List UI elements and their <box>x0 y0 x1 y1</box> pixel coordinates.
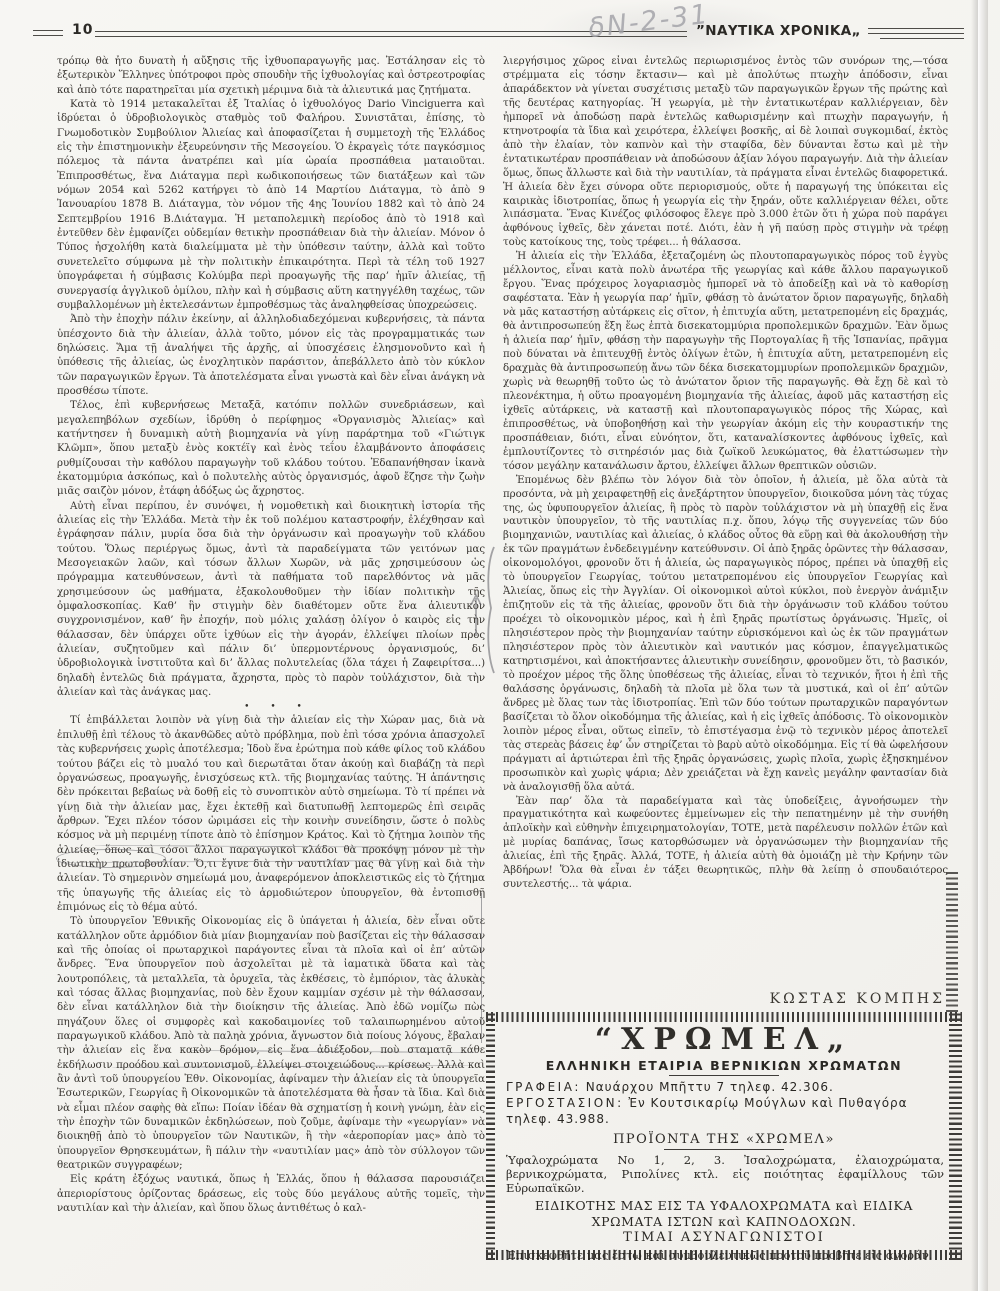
paragraph: Ἀπὸ τὴν ἐποχὴν πάλιν ἐκείνην, αἱ ἀλληλοδ… <box>57 313 485 399</box>
page-number: 10 <box>72 22 93 38</box>
section-separator: • • • <box>57 700 485 714</box>
ad-subtitle-rule <box>669 1075 779 1076</box>
author-signature: ΚΩΣΤΑΣ ΚΟΜΠΗΣ <box>503 991 945 1007</box>
ad-products-heading: ΠΡΟΪΟΝΤΑ ΤΗΣ «ΧΡΩΜΕΛ» <box>500 1131 948 1148</box>
header-rule-right <box>868 28 964 34</box>
header-rule-left <box>33 30 63 36</box>
page-edge-shadow <box>971 0 978 1291</box>
pencil-margin-brace <box>483 545 497 675</box>
margin-hatch-marks <box>946 872 958 1012</box>
header-rule-right-2 <box>880 38 964 43</box>
ad-prices-line: ΤΙΜΑΙ ΑΣΥΝΑΓΩΝΙΣΤΟΙ <box>500 1230 948 1246</box>
ad-border-right <box>949 1012 962 1260</box>
ad-offices-line: ΓΡΑΦΕΙΑ: Ναυάρχου Μπῆττυ 7 τηλεφ. 42.306… <box>500 1079 948 1095</box>
paragraph: Τέλος, ἐπὶ κυβερνήσεως Μεταξᾶ, κατόπιν π… <box>57 399 485 499</box>
page-edge <box>978 0 988 1291</box>
paragraph: Εἰς κράτη ἐξόχως ναυτικά, ὅπως ἡ Ἑλλάς, … <box>57 1173 485 1216</box>
ad-heading-rule <box>664 1149 784 1150</box>
paragraph: Κατὰ τὸ 1914 μετακαλεῖται ἐξ Ἰταλίας ὁ ἰ… <box>57 98 485 313</box>
paragraph: Ἑπομένως δὲν βλέπω τὸν λόγον διὰ τὸν ὁπο… <box>503 474 948 795</box>
ad-factory-line: ΕΡΓΟΣΤΑΣΙΟΝ: Ἐν Κουτσικαρίῳ Μούγλων καὶ … <box>500 1095 948 1127</box>
ad-offices-value: Ναυάρχου Μπῆττυ 7 τηλεφ. 42.306. <box>586 1080 834 1094</box>
ad-factory-label: ΕΡΓΟΣΤΑΣΙΟΝ: <box>506 1096 624 1110</box>
paragraph: Τί ἐπιβάλλεται λοιπὸν νὰ γίνῃ διὰ τὴν ἁλ… <box>57 714 485 915</box>
ad-content: “ΧΡΩΜΕΛ„ ΕΛΛΗΝΙΚΗ ΕΤΑΙΡΙΑ ΒΕΡΝΙΚΙΩΝ ΧΡΩΜ… <box>500 1022 948 1250</box>
chromel-advertisement: “ΧΡΩΜΕΛ„ ΕΛΛΗΝΙΚΗ ΕΤΑΙΡΙΑ ΒΕΡΝΙΚΙΩΝ ΧΡΩΜ… <box>486 1012 962 1260</box>
paragraph: τρόπῳ θὰ ἦτο δυνατὴ ἡ αὔξησις τῆς ἰχθυοπ… <box>57 55 485 98</box>
paragraph: Τὸ ὑπουργεῖον Ἐθνικῆς Οἰκονομίας εἰς ὃ ὑ… <box>57 915 485 1173</box>
paragraph: Ἡ ἁλιεία εἰς τὴν Ἑλλάδα, ἐξεταζομένη ὡς … <box>503 250 948 473</box>
paragraph: λιεργήσιμος χῶρος εἶναι ἐντελῶς περιωρισ… <box>503 55 948 250</box>
ad-specialty-text: ΕΙΔΙΚΟΤΗΣ ΜΑΣ ΕΙΣ ΤΑ ΥΦΑΛΟΧΡΩΜΑΤΑ καὶ ΕΙ… <box>500 1198 948 1230</box>
ad-border-left <box>486 1012 495 1260</box>
ad-offices-label: ΓΡΑΦΕΙΑ: <box>506 1080 581 1094</box>
paragraph: Αὐτὴ εἶναι περίπου, ἐν συνόψει, ἡ νομοθε… <box>57 500 485 701</box>
ad-border-top <box>486 1012 962 1022</box>
ad-subtitle: ΕΛΛΗΝΙΚΗ ΕΤΑΙΡΙΑ ΒΕΡΝΙΚΙΩΝ ΧΡΩΜΑΤΩΝ <box>500 1058 948 1074</box>
paragraph: Ἐὰν παρ’ ὅλα τὰ παραδείγματα καὶ τὰς ὑπο… <box>503 795 948 893</box>
ad-products-text: Ὑφαλοχρώματα Νο 1, 2, 3. Ἰσαλοχρώματα, ἐ… <box>500 1153 948 1195</box>
right-column: λιεργήσιμος χῶρος εἶναι ἐντελῶς περιωρισ… <box>503 55 948 989</box>
journal-title: ”ΝΑΥΤΙΚΑ ΧΡΟΝΙΚΑ„ <box>696 23 861 39</box>
ad-brand-name: “ΧΡΩΜΕΛ„ <box>500 1024 948 1056</box>
scanned-magazine-page: 10 ”ΝΑΥΤΙΚΑ ΧΡΟΝΙΚΑ„ δΝ-2-31 τρόπῳ θὰ ἦτ… <box>0 0 1000 1291</box>
left-column: τρόπῳ θὰ ἦτο δυνατὴ ἡ αὔξησις τῆς ἰχθυοπ… <box>57 55 485 1291</box>
ad-visit-line: Ἐπισκεφθῆτε μας ἔστω καὶ συμβουλευτικῶς … <box>500 1248 948 1260</box>
